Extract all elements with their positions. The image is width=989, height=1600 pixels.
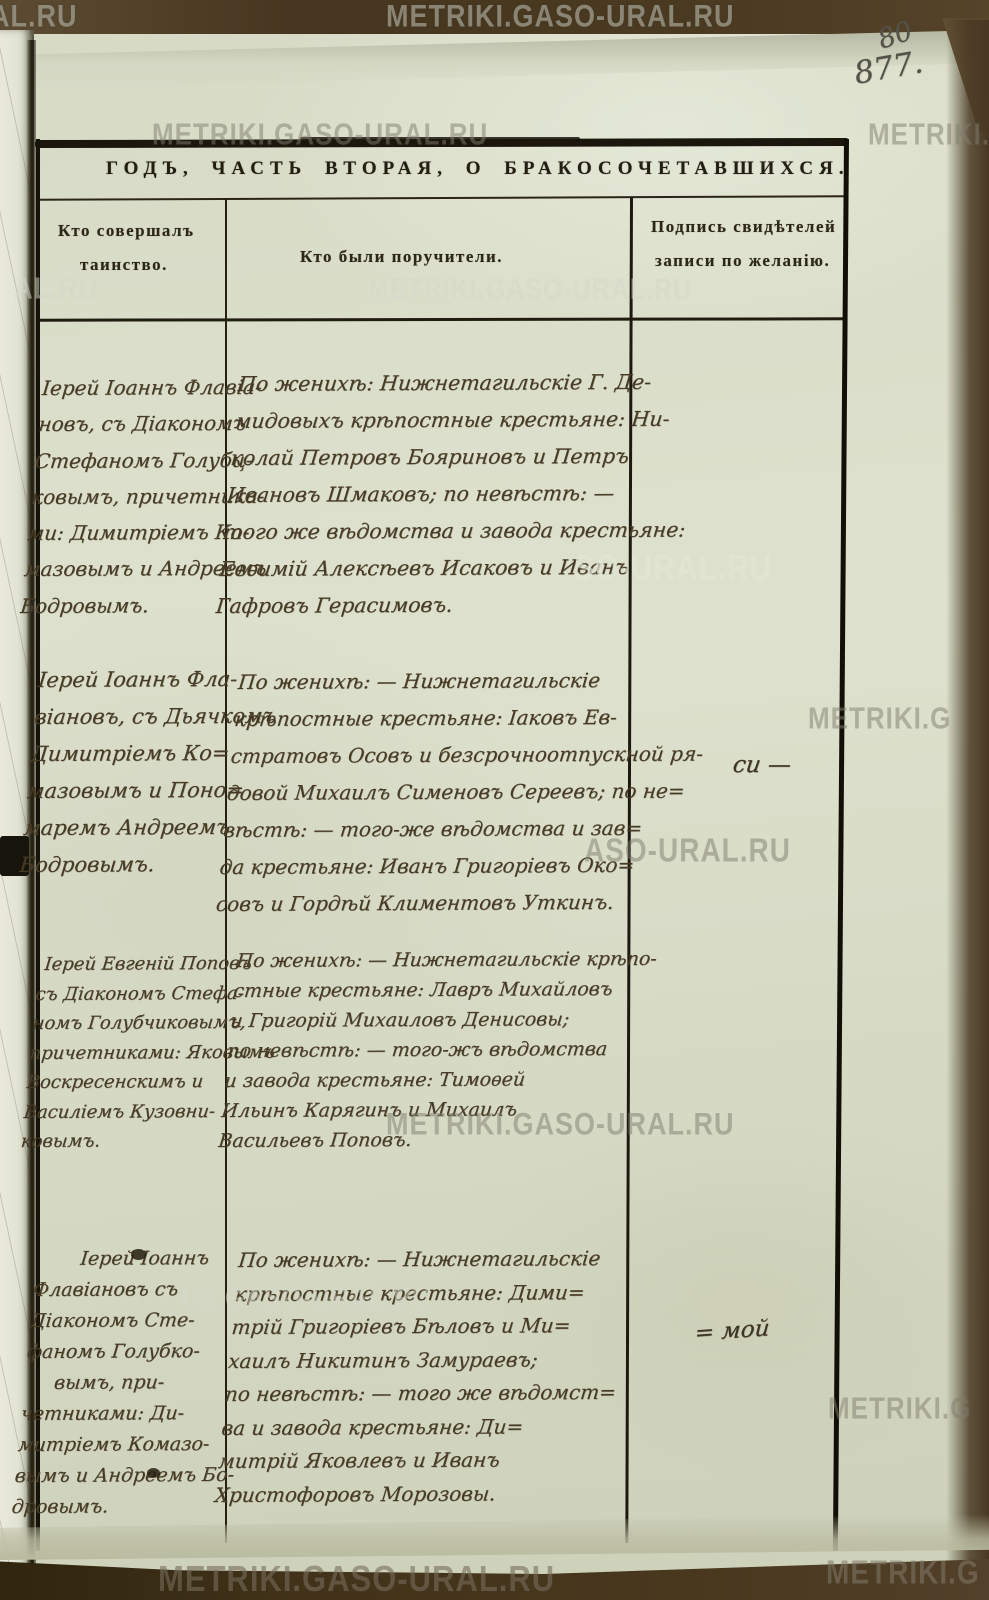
entry-4-witness-note: = мой xyxy=(694,1315,771,1346)
watermark: METRIKI.GASO-URAL.RU xyxy=(386,1106,734,1143)
handwritten-line: дровымъ. xyxy=(10,1491,232,1523)
table-title: ГОДЪ, ЧАСТЬ ВТОРАЯ, О БРАКОСОЧЕТАВШИХСЯ. xyxy=(106,158,850,180)
handwritten-line: По женихѣ: — Нижнетагильскіе xyxy=(236,662,712,701)
handwritten-line: Іерей Іоаннъ xyxy=(79,1243,257,1275)
handwritten-line: По женихѣ: — Нижнетагильскіе крѣпо- xyxy=(235,944,658,976)
handwritten-line: хаилъ Никитинъ Замураевъ; xyxy=(227,1342,621,1378)
entry-2-sureties-cell: По женихѣ: — Нижнетагильскіе крѣпостные … xyxy=(214,662,712,923)
watermark: METRIKI.G xyxy=(826,1554,980,1592)
watermark: METRIKI.GASO-URAL.RU xyxy=(158,1558,555,1600)
watermark: AL.RU xyxy=(14,270,98,307)
watermark: METRIKI.GASO-URAL.RU xyxy=(368,273,692,307)
handwritten-line: стные крестьяне: Лавръ Михайловъ xyxy=(232,974,655,1006)
handwritten-line: и завода крестьяне: Тимоѳей xyxy=(223,1064,646,1096)
handwritten-line: совъ и Гордѣй Климентовъ Уткинъ. xyxy=(214,884,690,923)
handwritten-line: По женихѣ: Нижнетагильскіе Г. Де- xyxy=(236,364,702,403)
handwritten-line: Гафровъ Герасимовъ. xyxy=(214,586,680,625)
watermark: METRIKI.G xyxy=(828,1390,971,1427)
handwritten-line: митріемъ Комазо- xyxy=(16,1429,238,1461)
handwritten-line: ва и завода крестьяне: Ди= xyxy=(220,1409,614,1445)
ink-blot xyxy=(147,1468,160,1478)
handwritten-line: фаномъ Голубко- xyxy=(26,1336,248,1368)
handwritten-line: четниками: Ди- xyxy=(19,1398,241,1430)
entry-2-witness-note: си — xyxy=(731,752,793,778)
watermark: ASO-URAL.RU xyxy=(584,832,791,870)
watermark: METRIKI.GASO-URAL.RU xyxy=(386,0,734,35)
handwritten-line: колай Петровъ Бояриновъ и Петръ xyxy=(229,438,695,477)
column-header-signature-line2: записи по желанію. xyxy=(655,251,830,271)
watermark: SO-URAL.RU xyxy=(574,549,772,589)
handwritten-line: крѣпостные крестьяне: Іаковъ Ев- xyxy=(233,699,709,738)
handwritten-line: Христофоровъ Морозовы. xyxy=(213,1476,607,1512)
page-right-edge xyxy=(946,20,989,1580)
handwritten-line: и Григорій Михаиловъ Денисовы; xyxy=(229,1004,652,1036)
watermark: METRIKI.G xyxy=(808,700,951,737)
handwritten-line: по невѣстѣ: — того-жъ вѣдомства xyxy=(226,1034,649,1066)
watermark: METRIKI.GASO-URAL.RU xyxy=(152,116,488,153)
watermark: IKI.GASO-URAL.RU xyxy=(182,1282,431,1316)
handwritten-line: вымъ и Андреемъ Бо- xyxy=(13,1460,235,1492)
ink-blot xyxy=(131,1249,146,1260)
column-header-sureties: Кто были поручители. xyxy=(300,247,503,267)
handwritten-line: митрій Яковлевъ и Иванъ xyxy=(217,1443,611,1479)
handwritten-line: стратовъ Осовъ и безсрочноотпускной ря- xyxy=(229,736,705,775)
column-header-signature-line1: Подпись свидѣтелей xyxy=(651,217,836,237)
handwritten-line: по невѣстѣ: — того же вѣдомст= xyxy=(223,1376,617,1412)
handwritten-line: довой Михаилъ Сименовъ Сереевъ; по не= xyxy=(225,773,701,812)
column-header-celebrant-line1: Кто совершалъ xyxy=(58,221,195,241)
handwritten-line: того же вѣдомства и завода крестьяне: xyxy=(222,512,688,551)
handwritten-line: Ивановъ Шмаковъ; по невѣстѣ: — xyxy=(225,475,691,514)
archival-photo: ГОДЪ, ЧАСТЬ ВТОРАЯ, О БРАКОСОЧЕТАВШИХСЯ.… xyxy=(0,0,989,1600)
handwritten-line: мидовыхъ крѣпостные крестьяне: Ни- xyxy=(233,401,699,440)
watermark: AL.RU xyxy=(0,0,78,35)
handwritten-line: вымъ, при- xyxy=(53,1367,245,1399)
watermark: METRIKI.G xyxy=(868,116,989,153)
handwritten-line: По женихѣ: — Нижнетагильскіе xyxy=(237,1242,631,1278)
